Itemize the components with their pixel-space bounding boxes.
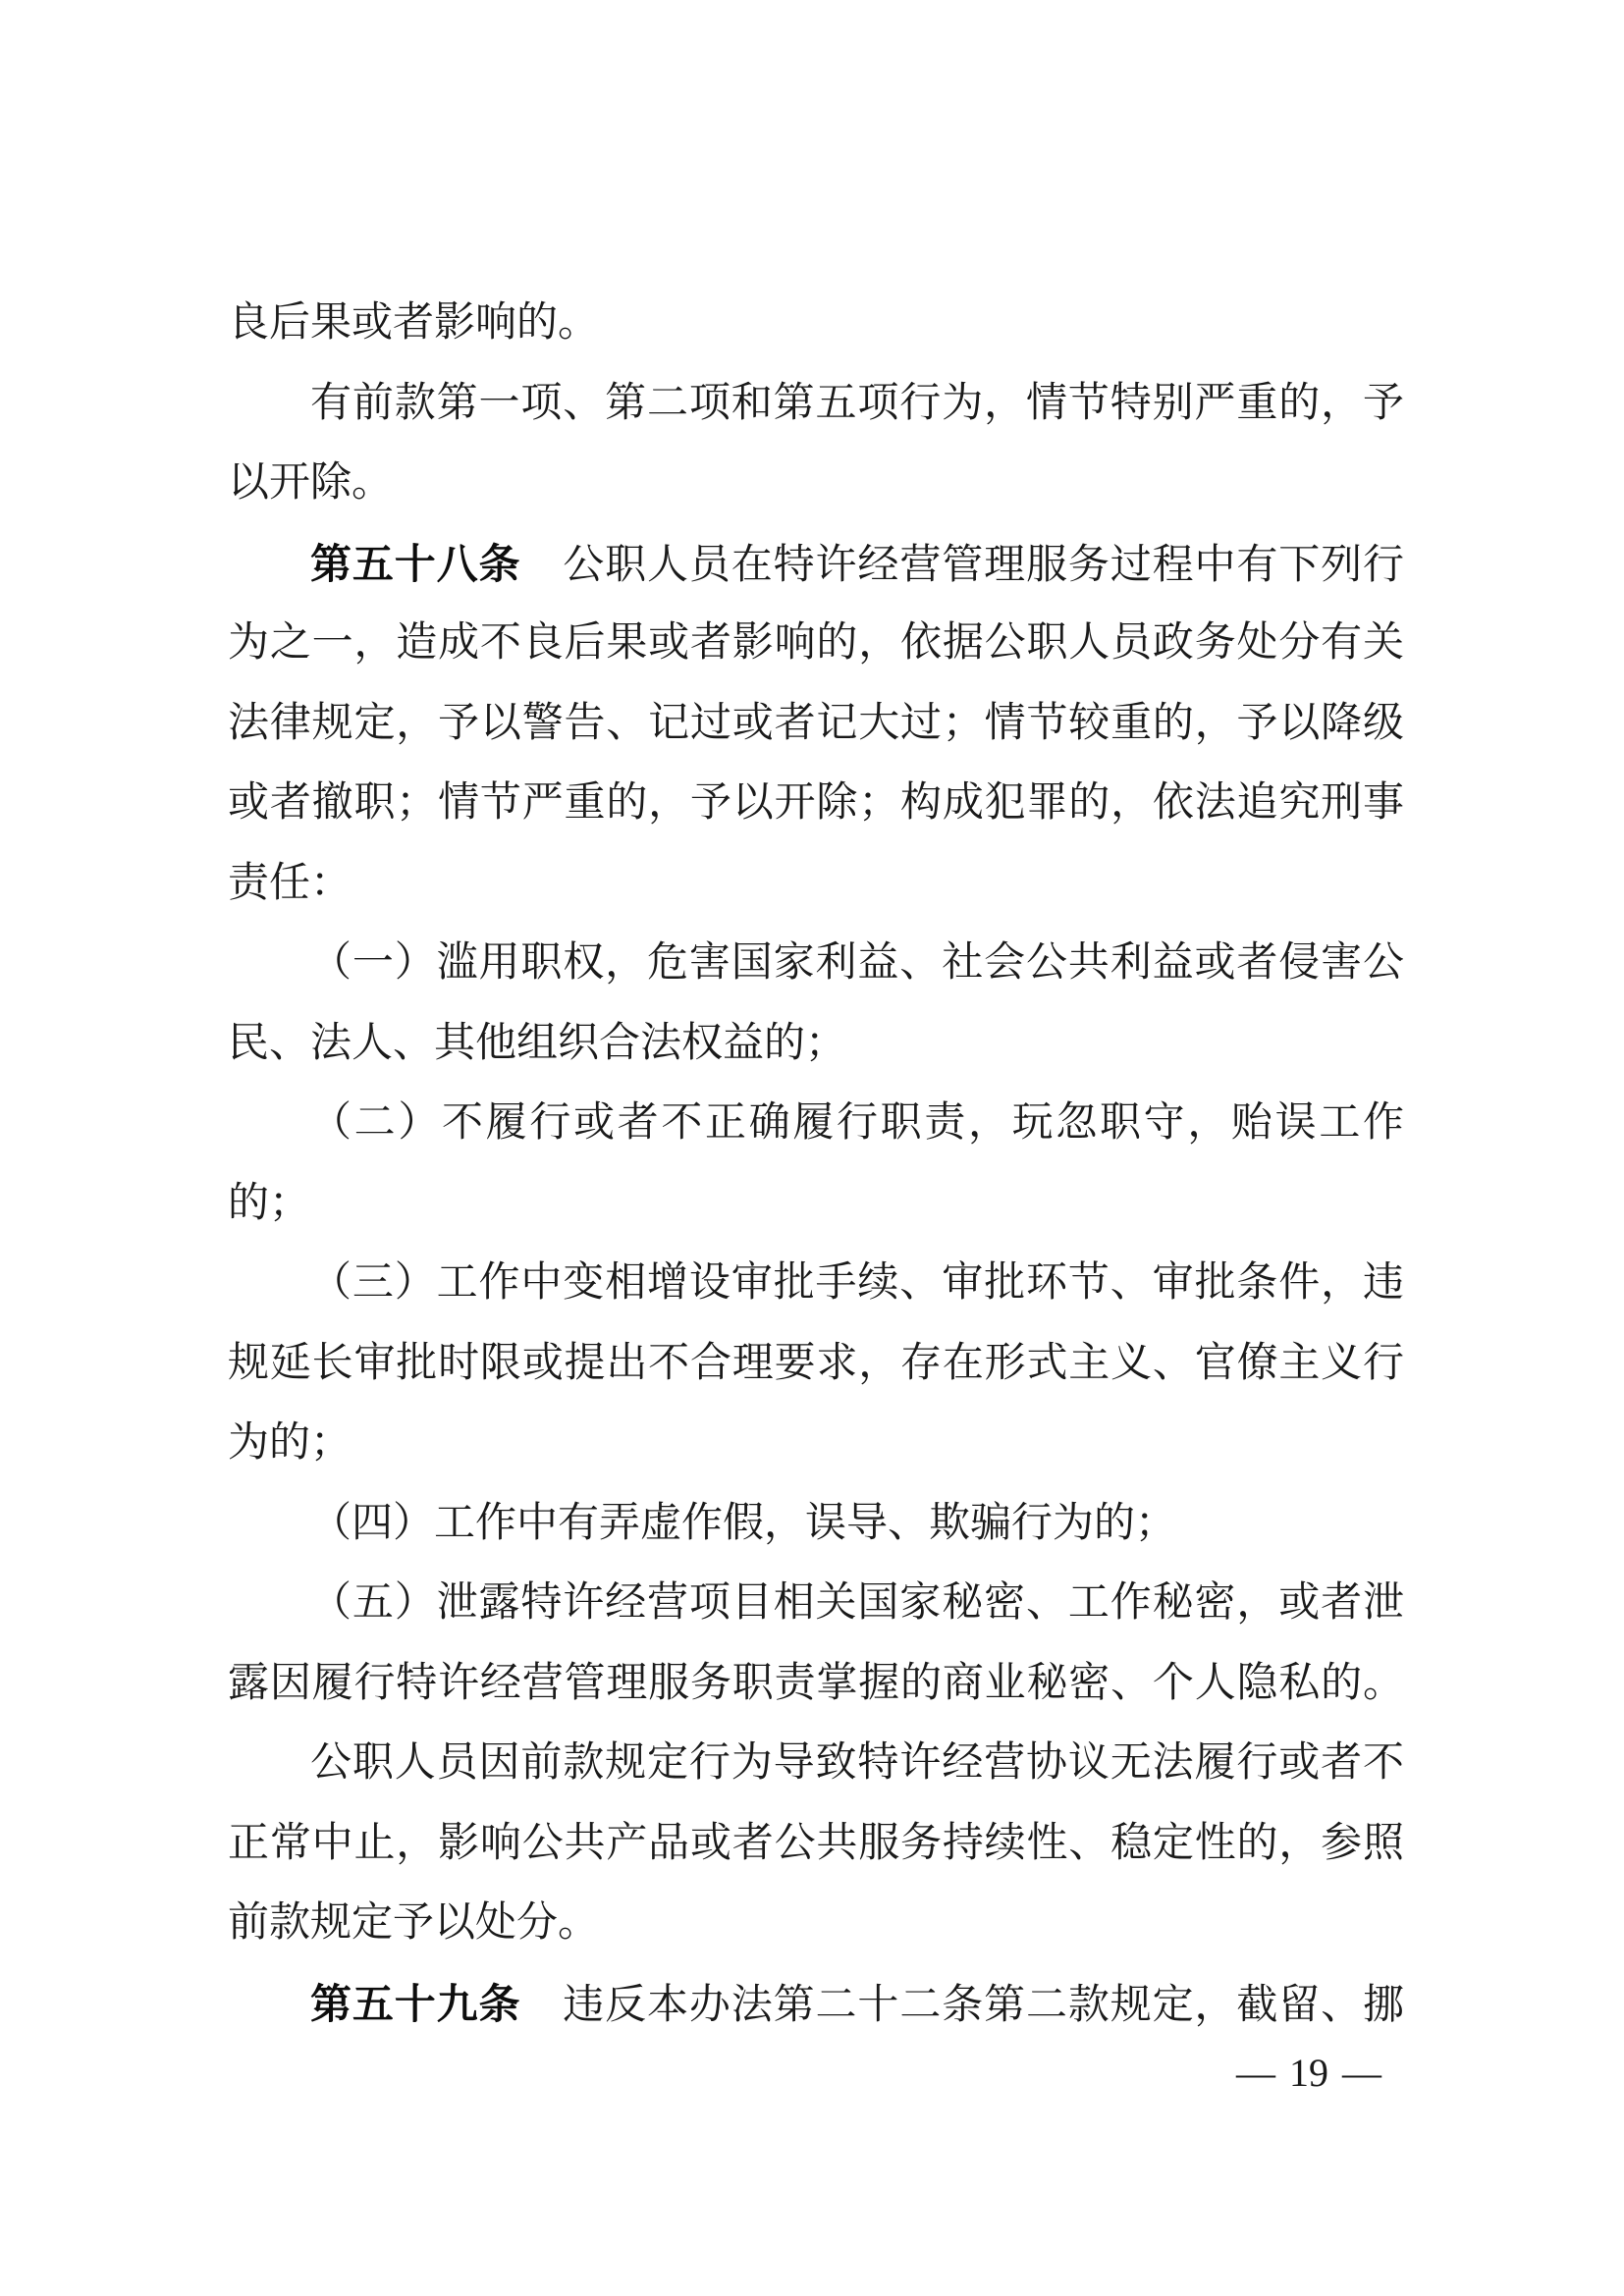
text-line: 露因履行特许经营管理服务职责掌握的商业秘密、个人隐私的。: [228, 1644, 1404, 1725]
document-page: 良后果或者影响的。有前款第一项、第二项和第五项行为，情节特别严重的，予以开除。第…: [0, 0, 1624, 2296]
body-text-run: 正常中止，影响公共产品或者公共服务持续性、稳定性的，参照: [228, 1821, 1404, 1866]
body-text-run: 法律规定，予以警告、记过或者记大过；情节较重的，予以降级: [228, 701, 1404, 746]
body-text-run: （三）工作中变相增设审批手续、审批环节、审批条件，违: [310, 1260, 1404, 1306]
body-text-run: （一）滥用职权，危害国家利益、社会公共利益或者侵害公: [310, 940, 1404, 986]
article-number-heading: 第五十八条: [310, 541, 520, 587]
text-line: 良后果或者影响的。: [228, 284, 1404, 364]
text-line: 前款规定予以处分。: [228, 1884, 1404, 1964]
body-text-run: 以开除。: [228, 460, 393, 506]
body-text-run: 规延长审批时限或提出不合理要求，存在形式主义、官僚主义行: [228, 1341, 1404, 1386]
text-line: （二）不履行或者不正确履行职责，玩忽职守，贻误工作: [228, 1084, 1404, 1164]
text-line: 的；: [228, 1164, 1404, 1245]
text-line: （四）工作中有弄虚作假，误导、欺骗行为的；: [228, 1484, 1404, 1565]
text-line: 第五十九条 违反本办法第二十二条第二款规定，截留、挪: [228, 1964, 1404, 2045]
page-number: — 19 —: [0, 2044, 1624, 2103]
text-line: 或者撤职；情节严重的，予以开除；构成犯罪的，依法追究刑事: [228, 764, 1404, 844]
text-line: 为的；: [228, 1404, 1404, 1484]
body-text-run: 前款规定予以处分。: [228, 1900, 599, 1946]
body-text-run: 为的；: [228, 1420, 352, 1466]
text-line: 为之一，造成不良后果或者影响的，依据公职人员政务处分有关: [228, 604, 1404, 684]
body-text-run: （五）泄露特许经营项目相关国家秘密、工作秘密，或者泄: [310, 1580, 1404, 1626]
body-text-run: 民、法人、其他组织合法权益的；: [228, 1021, 846, 1066]
text-line: （三）工作中变相增设审批手续、审批环节、审批条件，违: [228, 1244, 1404, 1324]
text-line: 规延长审批时限或提出不合理要求，存在形式主义、官僚主义行: [228, 1324, 1404, 1405]
body-text-run: （四）工作中有弄虚作假，误导、欺骗行为的；: [310, 1501, 1176, 1546]
text-line: 公职人员因前款规定行为导致特许经营协议无法履行或者不: [228, 1724, 1404, 1804]
body-text-run: 违反本办法第二十二条第二款规定，截留、挪: [520, 1983, 1404, 2028]
body-text-run: 露因履行特许经营管理服务职责掌握的商业秘密、个人隐私的。: [228, 1661, 1404, 1706]
text-block: 良后果或者影响的。有前款第一项、第二项和第五项行为，情节特别严重的，予以开除。第…: [228, 284, 1404, 2044]
text-line: （五）泄露特许经营项目相关国家秘密、工作秘密，或者泄: [228, 1564, 1404, 1644]
body-text-run: 为之一，造成不良后果或者影响的，依据公职人员政务处分有关: [228, 620, 1404, 666]
body-text-run: 或者撤职；情节严重的，予以开除；构成犯罪的，依法追究刑事: [228, 780, 1404, 826]
text-line: 法律规定，予以警告、记过或者记大过；情节较重的，予以降级: [228, 684, 1404, 765]
body-text-run: 良后果或者影响的。: [228, 300, 599, 346]
text-line: 责任：: [228, 844, 1404, 925]
text-line: 以开除。: [228, 444, 1404, 524]
text-line: （一）滥用职权，危害国家利益、社会公共利益或者侵害公: [228, 924, 1404, 1004]
body-text-run: 责任：: [228, 861, 352, 906]
text-line: 有前款第一项、第二项和第五项行为，情节特别严重的，予: [228, 364, 1404, 445]
body-text-run: 的；: [228, 1181, 310, 1226]
body-text-run: 有前款第一项、第二项和第五项行为，情节特别严重的，予: [310, 381, 1404, 426]
body-text-run: （二）不履行或者不正确履行职责，玩忽职守，贻误工作: [310, 1100, 1404, 1146]
text-line: 民、法人、其他组织合法权益的；: [228, 1004, 1404, 1085]
body-text-run: 公职人员在特许经营管理服务过程中有下列行: [520, 543, 1404, 588]
article-number-heading: 第五十九条: [310, 1981, 520, 2027]
text-line: 正常中止，影响公共产品或者公共服务持续性、稳定性的，参照: [228, 1804, 1404, 1885]
body-text-run: 公职人员因前款规定行为导致特许经营协议无法履行或者不: [310, 1740, 1404, 1786]
text-line: 第五十八条 公职人员在特许经营管理服务过程中有下列行: [228, 524, 1404, 605]
